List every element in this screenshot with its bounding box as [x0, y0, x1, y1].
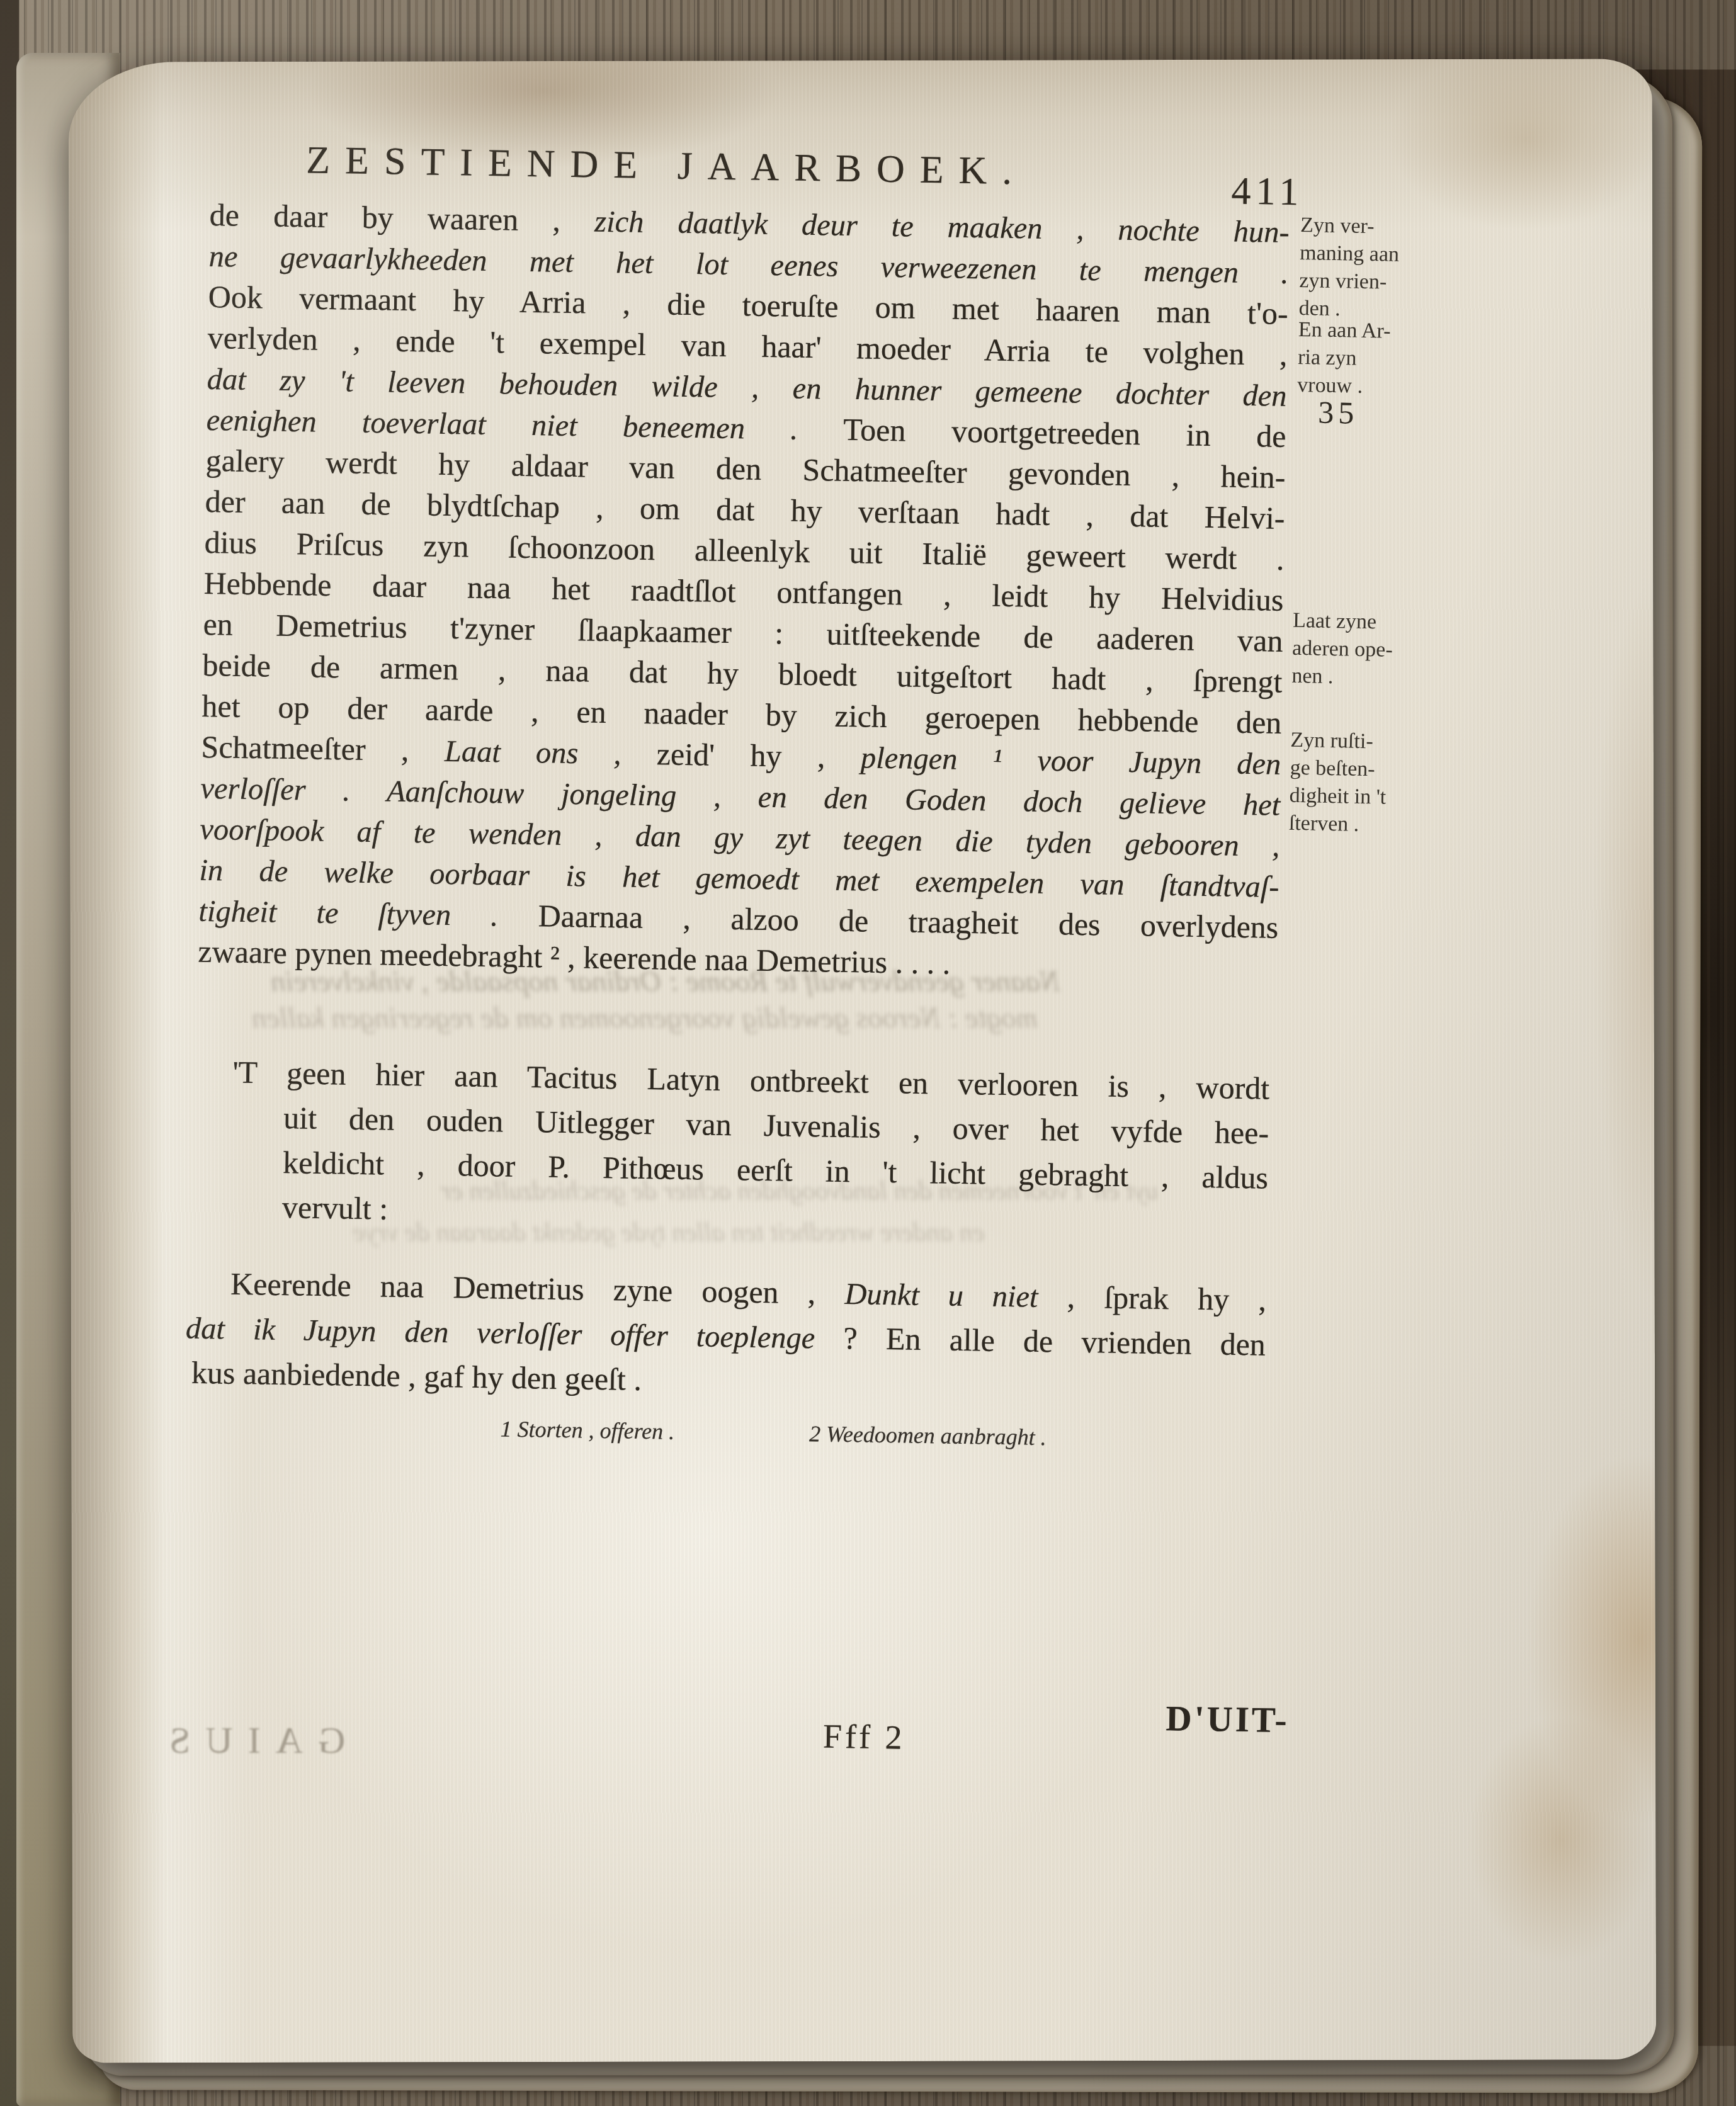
margin-note-line: ria zyn	[1298, 344, 1390, 373]
italic-text-segment: eenighen toeverlaat niet beneemen .	[206, 404, 798, 446]
margin-note-line: zyn vrien-	[1299, 267, 1398, 297]
margin-note-line: Zyn ver-	[1300, 212, 1400, 241]
margin-note-line: maning aan	[1300, 239, 1399, 269]
roman-text-segment: de daar by waaren ,	[209, 197, 594, 239]
margin-note: Laat zyneaderen ope-nen .	[1291, 607, 1393, 692]
roman-text-segment: ? En alle de vrienden den	[815, 1320, 1266, 1362]
margin-section-number: 35	[1318, 399, 1359, 427]
roman-text-segment: kus aanbiedende , gaf hy den geeſt .	[191, 1355, 642, 1397]
margin-note-line: ſterven .	[1288, 810, 1385, 839]
italic-text-segment: dat ik Jupyn den verloſſer offer toeplen…	[186, 1312, 815, 1356]
italic-text-segment: Dunkt u niet	[844, 1277, 1038, 1314]
page-text: ZESTIENDE JAARBOEK. 411 de daar by waare…	[182, 129, 1290, 1972]
margin-note-line: digheit in 't	[1289, 782, 1386, 812]
page-number: 411	[1231, 169, 1304, 215]
footnotes: 1 Storten , offeren . 2 Weedoomen aanbra…	[500, 1415, 1047, 1451]
footnote-1: 1 Storten , offeren .	[500, 1416, 674, 1444]
italic-text-segment: plengen ¹ voor Jupyn den	[861, 741, 1281, 781]
footnote-2: 2 Weedoomen aanbraght .	[809, 1421, 1047, 1450]
roman-text-segment: Keerende naa Demetrius zyne oogen ,	[230, 1266, 845, 1311]
margin-note-line: aderen ope-	[1292, 635, 1393, 664]
page-title: ZESTIENDE JAARBOEK.	[306, 138, 1028, 194]
margin-note: Zyn ruſti-ge beſten-digheit in 'tſterven…	[1288, 727, 1387, 839]
margin-note-line: Laat zyne	[1293, 607, 1393, 637]
margin-note-line: Zyn ruſti-	[1290, 727, 1387, 756]
italic-text-segment: Laat ons ,	[445, 735, 657, 771]
margin-note: En aan Ar-ria zynvrouw .	[1297, 316, 1391, 401]
paragraph-editor-note: 'T geen hier aan Tacitus Latyn ontbreekt…	[194, 1050, 1270, 1245]
roman-text-segment: , ſprak hy ,	[1038, 1279, 1266, 1318]
margin-note-line: nen .	[1291, 662, 1392, 692]
margin-note: Zyn ver-maning aanzyn vrien-den .	[1298, 212, 1400, 324]
roman-text-segment: vervult :	[282, 1189, 389, 1226]
gathering-signature: Fff 2	[823, 1717, 905, 1757]
margin-note-line: En aan Ar-	[1298, 316, 1391, 346]
margin-note-line: ge beſten-	[1290, 754, 1387, 784]
paragraph-main: de daar by waaren , zich daatlyk deur te…	[198, 195, 1290, 989]
roman-text-segment: zeid' hy ,	[656, 736, 861, 774]
roman-text-segment: zwaare pynen meedebraght ² , keerende na…	[198, 934, 951, 981]
italic-text-segment: tigheit te ſtyven .	[198, 895, 499, 932]
book-photograph: GAIUS Naaner geendverwulf te Roome : Ord…	[0, 0, 1736, 2106]
roman-text-segment: Schatmeeſter ,	[201, 729, 445, 768]
roman-text-segment: Toen voortgetreeden in de	[798, 411, 1286, 454]
paragraph-restored-text: Keerende naa Demetrius zyne oogen , Dunk…	[191, 1261, 1266, 1412]
